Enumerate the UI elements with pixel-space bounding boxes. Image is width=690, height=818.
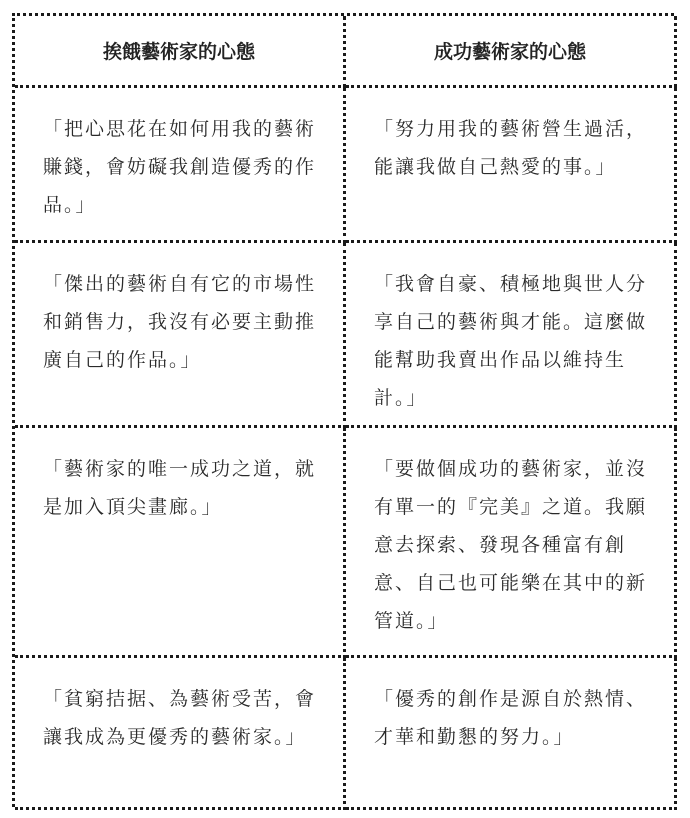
header-starving-artist: 挨餓藝術家的心態: [15, 16, 346, 88]
row-3-successful: 「要做個成功的藝術家，並沒有單一的『完美』之道。我願意去探索、發現各種富有創意、…: [346, 428, 677, 658]
row-4-successful: 「優秀的創作是源自於熱情、才華和勤懇的努力。」: [346, 658, 677, 810]
row-3-starving: 「藝術家的唯一成功之道，就是加入頂尖畫廊。」: [15, 428, 346, 658]
row-4-starving: 「貧窮拮据、為藝術受苦，會讓我成為更優秀的藝術家。」: [15, 658, 346, 810]
mindset-comparison-table: 挨餓藝術家的心態 成功藝術家的心態 「把心思花在如何用我的藝術賺錢，會妨礙我創造…: [12, 13, 674, 807]
row-2-starving: 「傑出的藝術自有它的市場性和銷售力，我沒有必要主動推廣自己的作品。」: [15, 243, 346, 428]
row-1-successful: 「努力用我的藝術營生過活，能讓我做自己熱愛的事。」: [346, 88, 677, 243]
row-2-successful: 「我會自豪、積極地與世人分享自己的藝術與才能。這麼做能幫助我賣出作品以維持生計。…: [346, 243, 677, 428]
header-successful-artist: 成功藝術家的心態: [346, 16, 677, 88]
row-1-starving: 「把心思花在如何用我的藝術賺錢，會妨礙我創造優秀的作品。」: [15, 88, 346, 243]
